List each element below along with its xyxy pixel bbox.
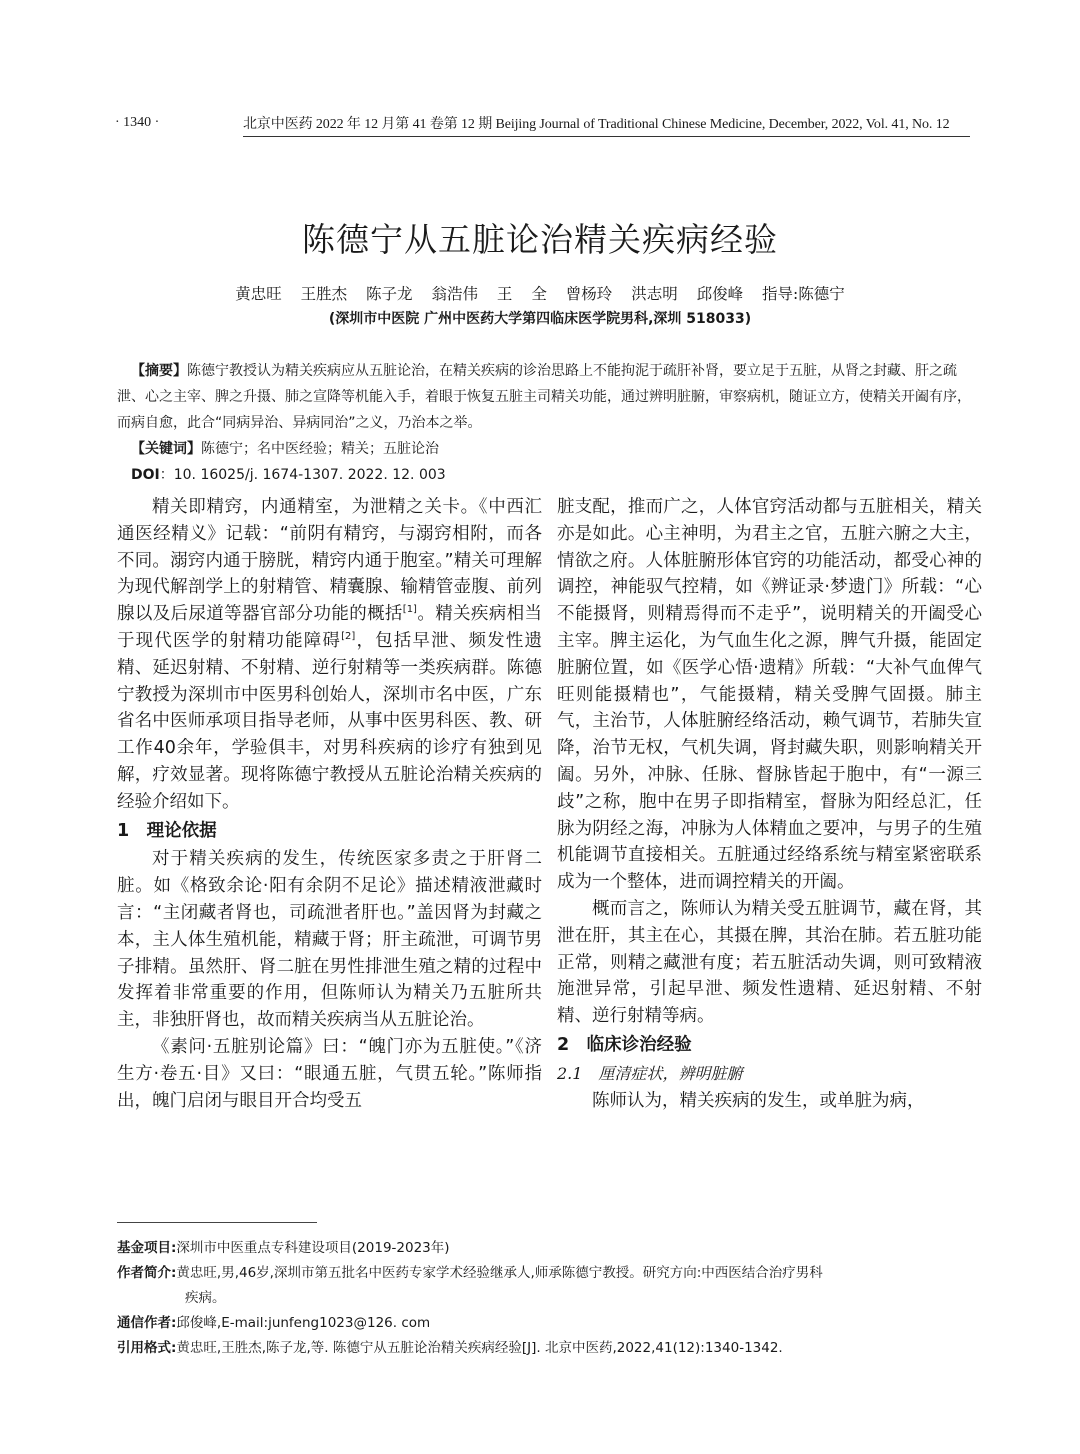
body-paragraph: 精关即精窍，内通精室，为泄精之关卡。《中西汇通医经精义》记载：“前阴有精窍，与溺… [117,494,542,816]
footnote-text: 深圳市中医重点专科建设项目(2019-2023年) [176,1240,449,1256]
footnote-text: 黄忠旺,王胜杰,陈子龙,等. 陈德宁从五脏论治精关疾病经验[J]. 北京中医药,… [176,1340,782,1356]
author-bio-note: 作者简介:黄忠旺,男,46岁,深圳市第五批名中医药专家学术经验继承人,师承陈德宁… [117,1261,987,1286]
keywords-line: 【关键词】陈德宁；名中医经验；精关；五脏论治 [117,436,975,462]
body-paragraph: 对于精关疾病的发生，传统医家多责之于肝肾二脏。如《格致余论·阳有余阴不足论》描述… [117,846,542,1034]
email-link[interactable]: 邱俊峰,E-mail:junfeng1023@126. com [176,1315,430,1331]
body-paragraph: 脏支配，推而广之，人体官窍活动都与五脏相关，精关亦是如此。心主神明，为君主之官，… [557,494,982,896]
abstract-text: 陈德宁教授认为精关疾病应从五脏论治，在精关疾病的诊治思路上不能拘泥于疏肝补肾，要… [117,363,971,431]
footnote-label: 通信作者: [117,1315,176,1331]
section-heading: 2 临床诊治经验 [557,1032,982,1059]
page-number: · 1340 · [115,115,159,131]
body-paragraph: 《素问·五脏别论篇》曰：“魄门亦为五脏使。”《济生方·卷五·目》又曰：“眼通五脏… [117,1034,542,1114]
footnote-label: 引用格式: [117,1340,176,1356]
journal-citation-line: 北京中医药 2022 年 12 月第 41 卷第 12 期 Beijing Jo… [243,113,970,137]
affiliation: (深圳市中医院 广州中医药大学第四临床医学院男科,深圳 518033) [0,308,1080,328]
corresponding-author-note: 通信作者:邱俊峰,E-mail:junfeng1023@126. com [117,1311,987,1336]
author-bio-continued: 疾病。 [117,1286,987,1311]
body-paragraph: 陈师认为，精关疾病的发生，或单脏为病， [557,1088,982,1115]
doi-line: DOI：10. 16025/j. 1674-1307. 2022. 12. 00… [117,462,975,488]
citation-format-note: 引用格式:黄忠旺,王胜杰,陈子龙,等. 陈德宁从五脏论治精关疾病经验[J]. 北… [117,1336,987,1361]
footnotes: 基金项目:深圳市中医重点专科建设项目(2019-2023年) 作者简介:黄忠旺,… [117,1236,987,1361]
body-column-right: 脏支配，推而广之，人体官窍活动都与五脏相关，精关亦是如此。心主神明，为君主之官，… [557,494,982,1114]
paragraph-text: ，包括早泄、频发性遗精、延迟射精、不射精、逆行射精等一类疾病群。陈德宁教授为深圳… [117,631,542,812]
keywords-text: 陈德宁；名中医经验；精关；五脏论治 [201,441,439,457]
footnote-label: 基金项目: [117,1240,176,1256]
body-paragraph: 概而言之，陈师认为精关受五脏调节，藏在肾，其泄在肝，其主在心，其摄在脾，其治在肺… [557,896,982,1030]
section-heading: 1 理论依据 [117,818,542,845]
article-title: 陈德宁从五脏论治精关疾病经验 [0,214,1080,261]
reference-marker[interactable]: [1] [403,604,417,615]
subsection-heading: 2.1 厘清症状，辨明脏腑 [557,1061,982,1088]
abstract-paragraph: 【摘要】陈德宁教授认为精关疾病应从五脏论治，在精关疾病的诊治思路上不能拘泥于疏肝… [117,358,975,436]
author-list: 黄忠旺 王胜杰 陈子龙 翁浩伟 王 全 曾杨玲 洪志明 邱俊峰 指导:陈德宁 [0,282,1080,304]
body-column-left: 精关即精窍，内通精室，为泄精之关卡。《中西汇通医经精义》记载：“前阴有精窍，与溺… [117,494,542,1114]
abstract-label: 【摘要】 [131,363,187,379]
doi-label: DOI [131,467,160,483]
footnote-divider [117,1222,317,1223]
footnote-label: 作者简介: [117,1265,176,1281]
doi-value: ：10. 16025/j. 1674-1307. 2022. 12. 003 [160,467,446,483]
keywords-label: 【关键词】 [131,441,201,457]
footnote-text: 黄忠旺,男,46岁,深圳市第五批名中医药专家学术经验继承人,师承陈德宁教授。研究… [176,1265,822,1281]
reference-marker[interactable]: [2] [341,631,355,642]
abstract-block: 【摘要】陈德宁教授认为精关疾病应从五脏论治，在精关疾病的诊治思路上不能拘泥于疏肝… [117,358,975,488]
running-header: · 1340 · 北京中医药 2022 年 12 月第 41 卷第 12 期 B… [115,113,970,137]
funding-note: 基金项目:深圳市中医重点专科建设项目(2019-2023年) [117,1236,987,1261]
